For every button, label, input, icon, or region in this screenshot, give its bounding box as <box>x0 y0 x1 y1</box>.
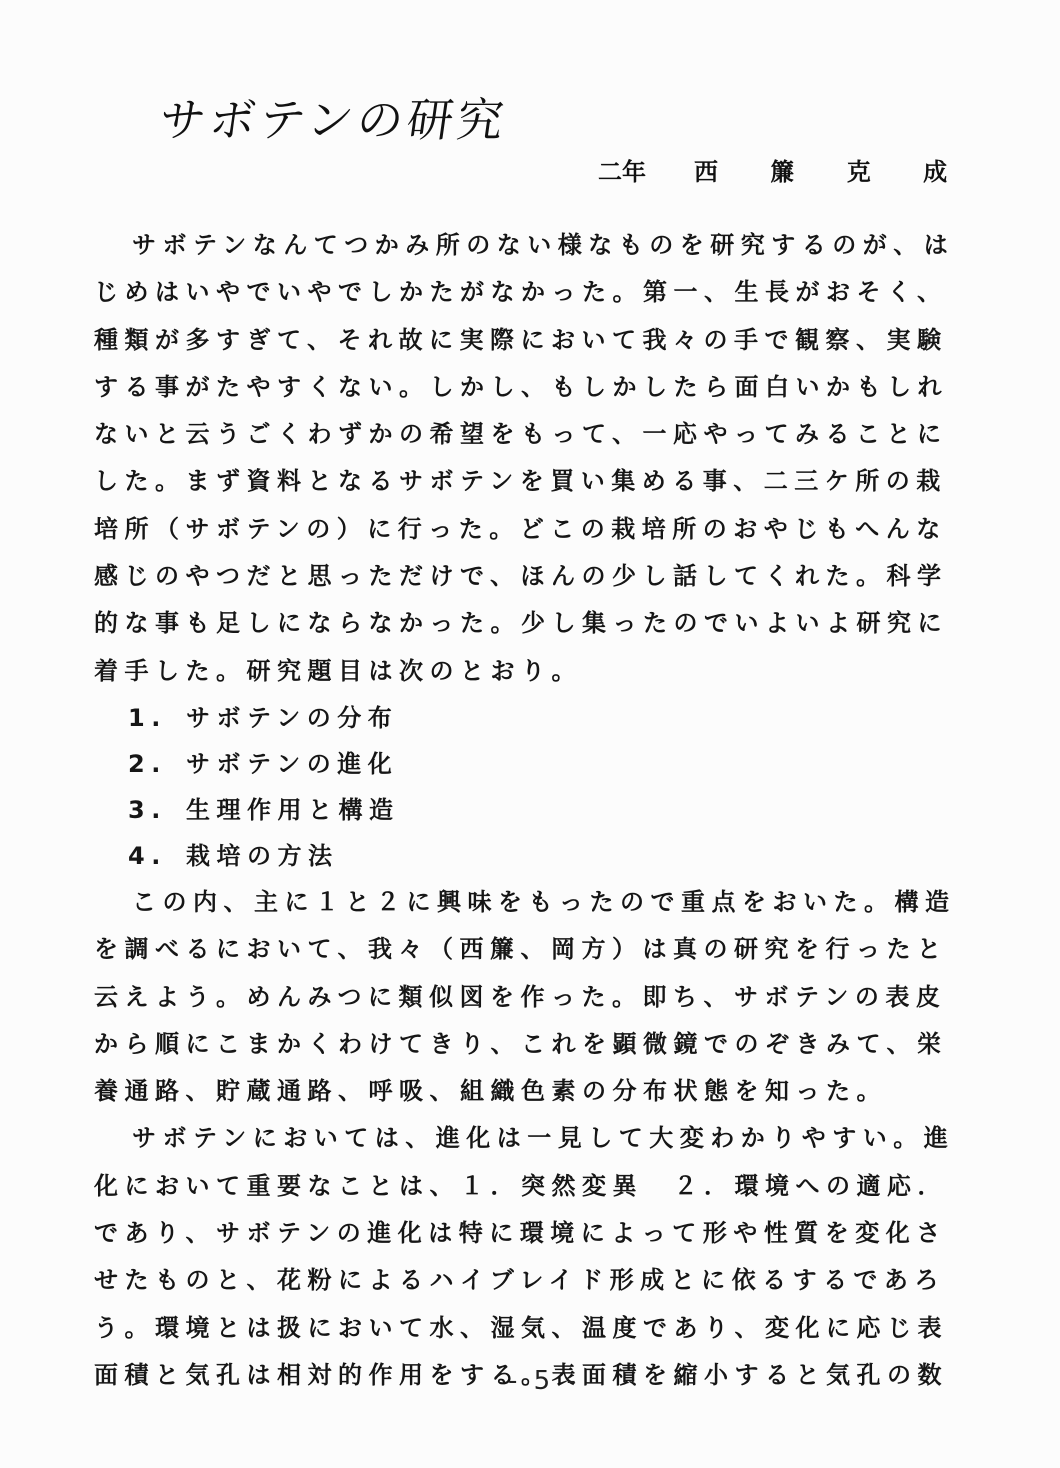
topic-item: 2.サボテンの進化 <box>94 741 974 787</box>
topic-number: 3. <box>128 787 186 833</box>
topic-label: 栽培の方法 <box>186 842 339 870</box>
author-name: 西 簾 克 成 <box>694 152 969 187</box>
text-line: 養通路、貯蔵通路、呼吸、組織色素の分布状態を知った。 <box>94 1068 974 1115</box>
text-line: この内、主に１と２に興味をもったので重点をおいた。構造 <box>94 879 974 926</box>
topic-item: 1.サボテンの分布 <box>94 695 974 741</box>
text-line: せたものと、花粉によるハイブレイド形成とに依るするであろ <box>94 1257 974 1304</box>
text-line: じめはいやでいやでしかたがなかった。第一、生長がおそく、 <box>94 269 974 316</box>
topic-item: 3.生理作用と構造 <box>94 787 974 833</box>
text-line: う。環境とは扱において水、湿気、温度であり、変化に応じ表 <box>94 1305 974 1352</box>
topic-number: 1. <box>128 695 186 741</box>
body-text: サボテンなんてつかみ所のない様なものを研究するのが、は じめはいやでいやでしかた… <box>94 222 974 1399</box>
text-line: 培所（サボテンの）に行った。どこの栽培所のおやじもへんな <box>94 506 974 553</box>
topic-item: 4.栽培の方法 <box>94 833 974 879</box>
text-line: から順にこまかくわけてきり、これを顕微鏡でのぞきみて、栄 <box>94 1021 974 1068</box>
text-line: 感じのやつだと思っただけで、ほんの少し話してくれた。科学 <box>94 553 974 600</box>
text-line: 的な事も足しにならなかった。少し集ったのでいよいよ研究に <box>94 600 974 647</box>
author-grade: 二年 <box>598 152 646 187</box>
topic-label: サボテンの進化 <box>186 750 398 778</box>
text-line: であり、サボテンの進化は特に環境によって形や性質を変化さ <box>94 1210 974 1257</box>
text-line: 化において重要なことは、１．突然変異 ２．環境への適応． <box>94 1163 974 1210</box>
text-line: ないと云うごくわずかの希望をもって、一応やってみることに <box>94 411 974 458</box>
topic-label: サボテンの分布 <box>186 704 398 732</box>
text-line: した。まず資料となるサボテンを買い集める事、二三ケ所の栽 <box>94 458 974 505</box>
document-title: サボテンの研究 <box>155 84 512 150</box>
text-line: を調べるにおいて、我々（西簾、岡方）は真の研究を行ったと <box>94 926 974 973</box>
author-byline: 二年 西 簾 克 成 <box>598 152 969 187</box>
text-line: する事がたやすくない。しかし、もしかしたら面白いかもしれ <box>94 364 974 411</box>
topic-label: 生理作用と構造 <box>186 796 400 824</box>
text-line: 種類が多すぎて、それ故に実際において我々の手で観察、実験 <box>94 317 974 364</box>
topic-number: 4. <box>128 833 186 879</box>
text-line: 着手した。研究題目は次のとおり。 <box>94 648 974 695</box>
text-line: サボテンなんてつかみ所のない様なものを研究するのが、は <box>94 222 974 269</box>
page-number: - 5 - <box>508 1366 580 1396</box>
document-page: サボテンの研究 二年 西 簾 克 成 サボテンなんてつかみ所のない様なものを研究… <box>0 0 1060 1468</box>
text-line: 云えよう。めんみつに類似図を作った。即ち、サボテンの表皮 <box>94 974 974 1021</box>
topic-number: 2. <box>128 741 186 787</box>
text-line: サボテンにおいては、進化は一見して大変わかりやすい。進 <box>94 1115 974 1162</box>
